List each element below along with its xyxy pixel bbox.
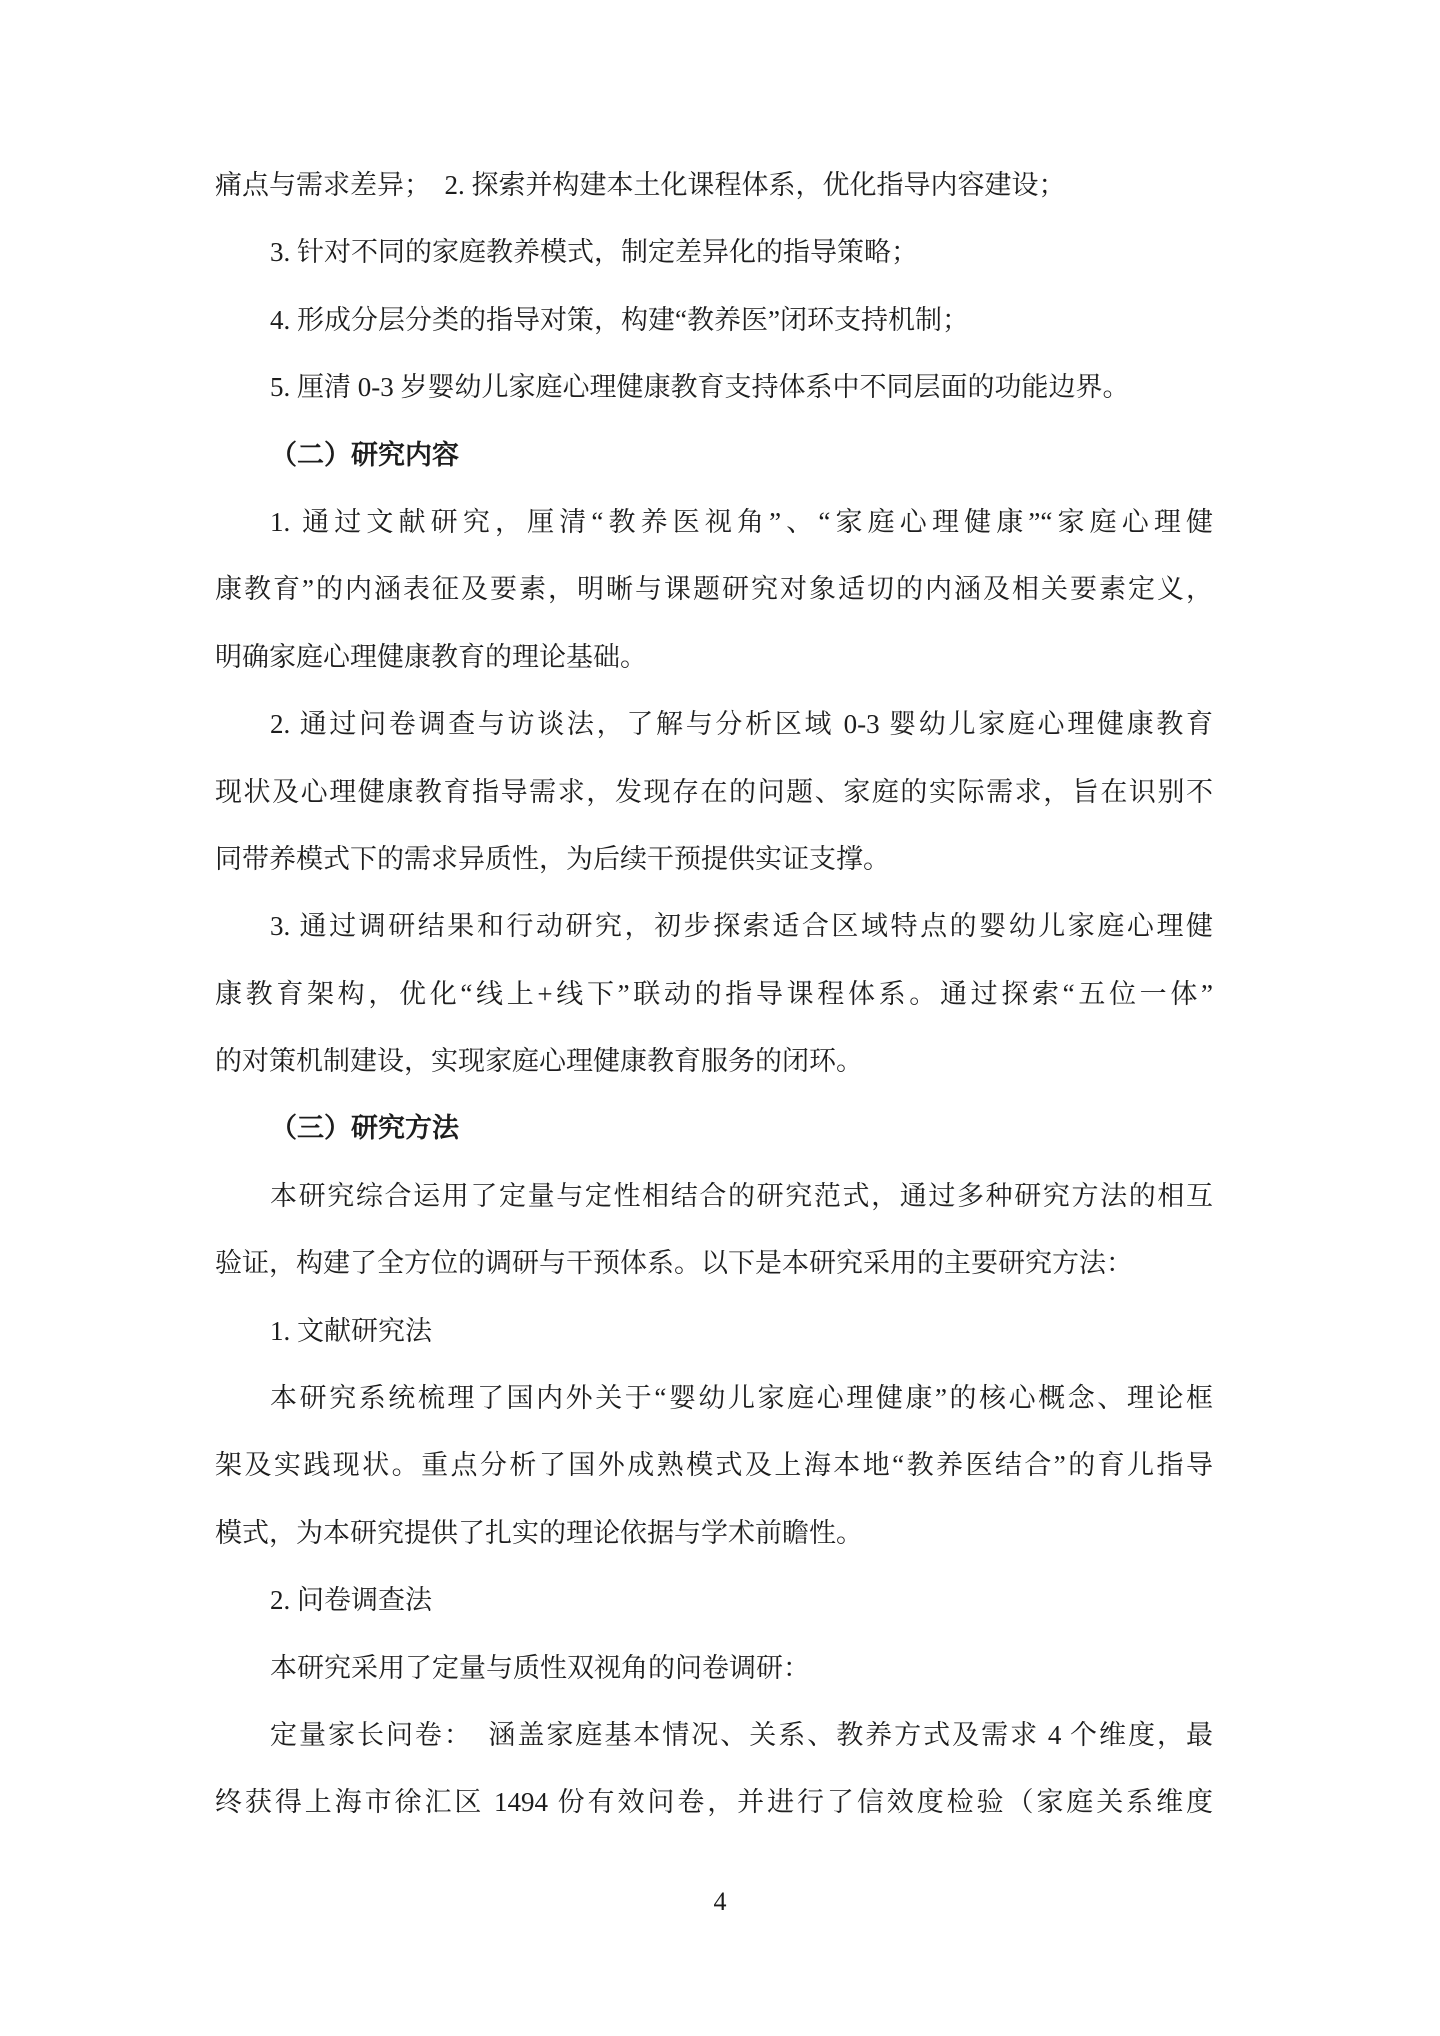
text-line: 5. 厘清 0-3 岁婴幼儿家庭心理健康教育支持体系中不同层面的功能边界。 xyxy=(215,354,1213,421)
document-body: 痛点与需求差异； 2. 探索并构建本土化课程体系，优化指导内容建设；3. 针对不… xyxy=(215,152,1213,1837)
text-line: 康教育架构，优化“线上+线下”联动的指导课程体系。通过探索“五位一体” xyxy=(215,961,1213,1028)
text-line: （二）研究内容 xyxy=(215,422,1213,489)
text-line: 1. 通过文献研究，厘清“教养医视角”、“家庭心理健康”“家庭心理健 xyxy=(215,489,1213,556)
text-line: 验证，构建了全方位的调研与干预体系。以下是本研究采用的主要研究方法： xyxy=(215,1230,1213,1297)
text-line: 同带养模式下的需求异质性，为后续干预提供实证支撑。 xyxy=(215,826,1213,893)
text-line: 现状及心理健康教育指导需求，发现存在的问题、家庭的实际需求，旨在识别不 xyxy=(215,759,1213,826)
page-number: 4 xyxy=(714,1887,727,1916)
text-line: 本研究采用了定量与质性双视角的问卷调研： xyxy=(215,1635,1213,1702)
document-page: 痛点与需求差异； 2. 探索并构建本土化课程体系，优化指导内容建设；3. 针对不… xyxy=(0,0,1440,2036)
text-line: 模式，为本研究提供了扎实的理论依据与学术前瞻性。 xyxy=(215,1500,1213,1567)
text-line: 1. 文献研究法 xyxy=(215,1298,1213,1365)
text-line: 4. 形成分层分类的指导对策，构建“教养医”闭环支持机制； xyxy=(215,287,1213,354)
text-line: 本研究系统梳理了国内外关于“婴幼儿家庭心理健康”的核心概念、理论框 xyxy=(215,1365,1213,1432)
text-line: 的对策机制建设，实现家庭心理健康教育服务的闭环。 xyxy=(215,1028,1213,1095)
text-line: 本研究综合运用了定量与定性相结合的研究范式，通过多种研究方法的相互 xyxy=(215,1163,1213,1230)
text-line: （三）研究方法 xyxy=(215,1095,1213,1162)
text-line: 康教育”的内涵表征及要素，明晰与课题研究对象适切的内涵及相关要素定义， xyxy=(215,556,1213,623)
page-footer: 4 xyxy=(0,1882,1440,1922)
text-line: 架及实践现状。重点分析了国外成熟模式及上海本地“教养医结合”的育儿指导 xyxy=(215,1432,1213,1499)
text-line: 痛点与需求差异； 2. 探索并构建本土化课程体系，优化指导内容建设； xyxy=(215,152,1213,219)
text-line: 明确家庭心理健康教育的理论基础。 xyxy=(215,624,1213,691)
text-line: 3. 针对不同的家庭教养模式，制定差异化的指导策略； xyxy=(215,219,1213,286)
text-line: 终获得上海市徐汇区 1494 份有效问卷，并进行了信效度检验（家庭关系维度 xyxy=(215,1769,1213,1836)
text-line: 定量家长问卷： 涵盖家庭基本情况、关系、教养方式及需求 4 个维度，最 xyxy=(215,1702,1213,1769)
text-line: 2. 问卷调查法 xyxy=(215,1567,1213,1634)
text-line: 3. 通过调研结果和行动研究，初步探索适合区域特点的婴幼儿家庭心理健 xyxy=(215,893,1213,960)
text-line: 2. 通过问卷调查与访谈法，了解与分析区域 0-3 婴幼儿家庭心理健康教育 xyxy=(215,691,1213,758)
